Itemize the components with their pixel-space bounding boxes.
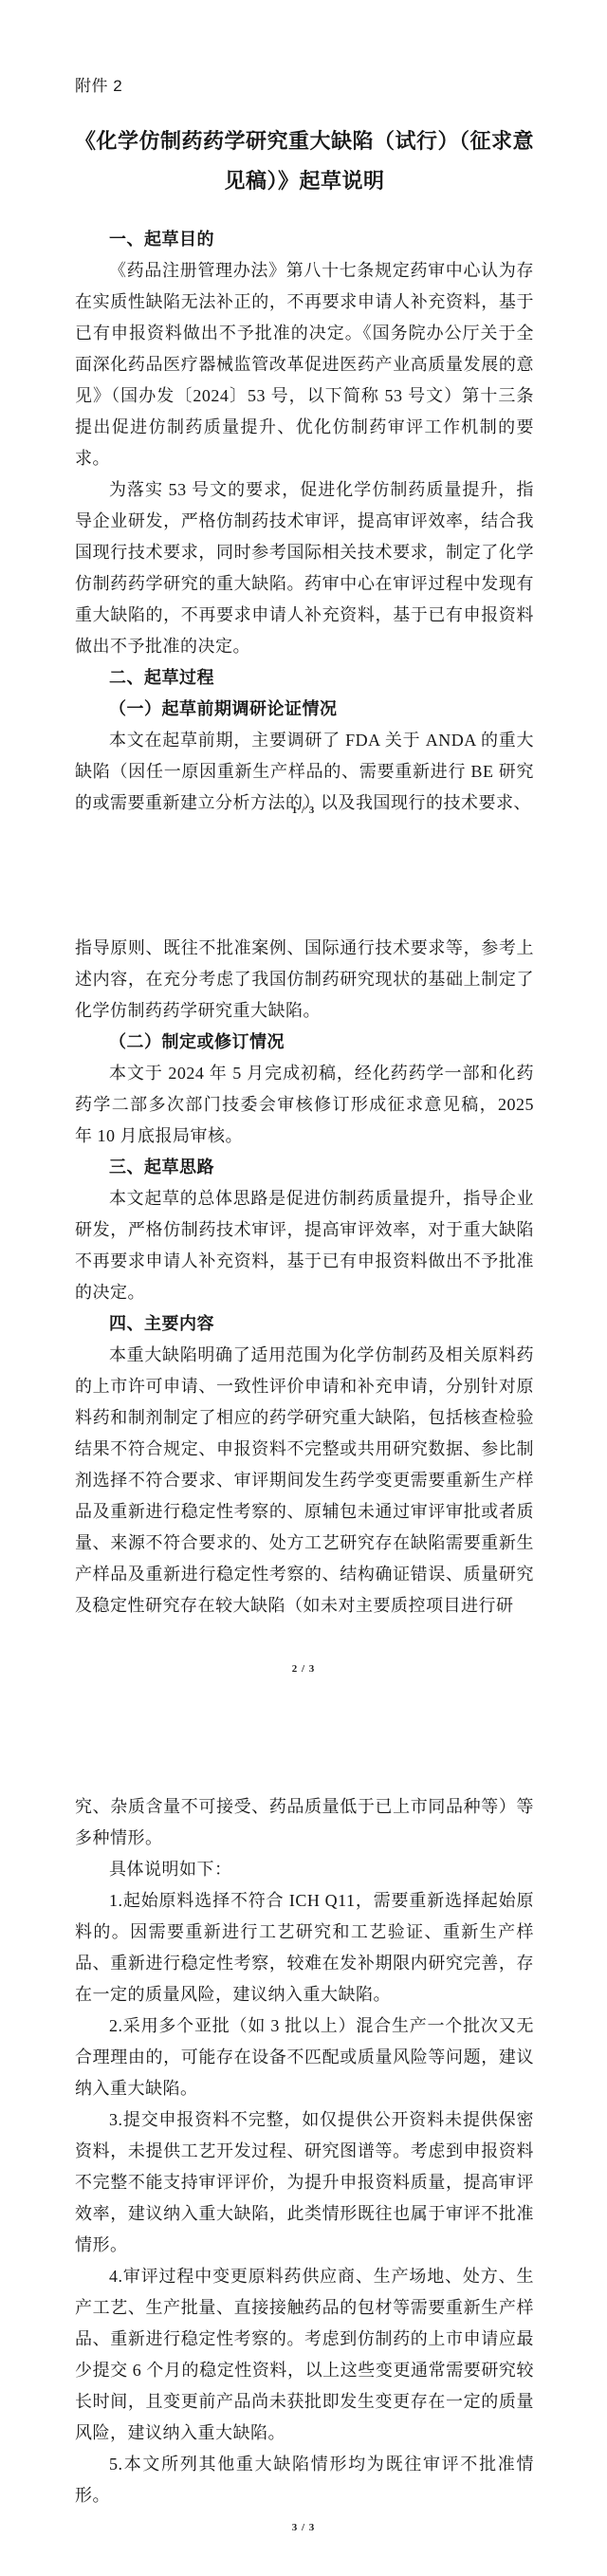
- section-heading-process: 二、起草过程: [75, 662, 534, 694]
- document-view: 附件 2 《化学仿制药药学研究重大缺陷（试行）（征求意见稿）》起草说明 一、起草…: [0, 0, 607, 2576]
- attachment-label: 附件 2: [75, 74, 534, 99]
- document-page-1: 附件 2 《化学仿制药药学研究重大缺陷（试行）（征求意见稿）》起草说明 一、起草…: [0, 0, 607, 859]
- paragraph-item-1: 1.起始原料选择不符合 ICH Q11，需要重新选择起始原料的。因需要重新进行工…: [75, 1885, 534, 2011]
- paragraph: 具体说明如下：: [75, 1854, 534, 1885]
- paragraph-item-2: 2.采用多个亚批（如 3 批以上）混合生产一个批次又无合理理由的，可能存在设备不…: [75, 2011, 534, 2104]
- paragraph-continued: 指导原则、既往不批准案例、国际通行技术要求等，参考上述内容，在充分考虑了我国仿制…: [75, 933, 534, 1027]
- paragraph-item-5: 5.本文所列其他重大缺陷情形均为既往审评不批准情形。: [75, 2449, 534, 2511]
- page-number: 1 / 3: [0, 805, 607, 816]
- page-content: 附件 2 《化学仿制药药学研究重大缺陷（试行）（征求意见稿）》起草说明 一、起草…: [75, 74, 534, 819]
- subsection-heading-research: （一）起草前期调研论证情况: [75, 694, 534, 725]
- page-content: 究、杂质含量不可接受、药品质量低于已上市同品种等）等多种情形。 具体说明如下： …: [75, 1791, 534, 2511]
- document-page-2: 指导原则、既往不批准案例、国际通行技术要求等，参考上述内容，在充分考虑了我国仿制…: [0, 859, 607, 1717]
- paragraph: 《药品注册管理办法》第八十七条规定药审中心认为存在实质性缺陷无法补正的，不再要求…: [75, 255, 534, 474]
- paragraph: 本文于 2024 年 5 月完成初稿，经化药药学一部和化药药学二部多次部门技委会…: [75, 1058, 534, 1152]
- subsection-heading-revision: （二）制定或修订情况: [75, 1027, 534, 1058]
- section-heading-approach: 三、起草思路: [75, 1152, 534, 1183]
- section-heading-purpose: 一、起草目的: [75, 224, 534, 255]
- paragraph-item-4: 4.审评过程中变更原料药供应商、生产场地、处方、生产工艺、生产批量、直接接触药品…: [75, 2261, 534, 2449]
- paragraph: 本重大缺陷明确了适用范围为化学仿制药及相关原料药的上市许可申请、一致性评价申请和…: [75, 1340, 534, 1622]
- paragraph: 本文起草的总体思路是促进仿制药质量提升，指导企业研发，严格仿制药技术审评，提高审…: [75, 1183, 534, 1308]
- document-page-3: 究、杂质含量不可接受、药品质量低于已上市同品种等）等多种情形。 具体说明如下： …: [0, 1717, 607, 2576]
- page-content: 指导原则、既往不批准案例、国际通行技术要求等，参考上述内容，在充分考虑了我国仿制…: [75, 933, 534, 1622]
- page-number: 2 / 3: [0, 1663, 607, 1675]
- paragraph: 为落实 53 号文的要求，促进化学仿制药质量提升，指导企业研发，严格仿制药技术审…: [75, 474, 534, 662]
- paragraph-item-3: 3.提交申报资料不完整，如仅提供公开资料未提供保密资料，未提供工艺开发过程、研究…: [75, 2104, 534, 2261]
- page-number: 3 / 3: [0, 2522, 607, 2533]
- section-heading-main-content: 四、主要内容: [75, 1308, 534, 1340]
- paragraph-continued: 究、杂质含量不可接受、药品质量低于已上市同品种等）等多种情形。: [75, 1791, 534, 1854]
- document-title: 《化学仿制药药学研究重大缺陷（试行）（征求意见稿）》起草说明: [75, 121, 534, 201]
